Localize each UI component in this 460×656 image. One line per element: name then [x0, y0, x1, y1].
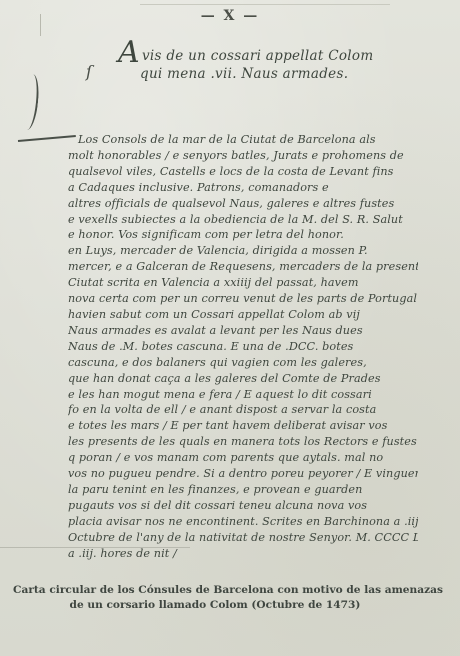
manuscript-title: Avis de un cossari appellat Colom qui me…: [118, 44, 408, 83]
body-line: placia avisar nos ne encontinent. Scrite…: [68, 514, 418, 530]
body-line: Ciutat scrita en Valencia a xxiiij del p…: [68, 275, 418, 291]
manuscript-page: — X — ſ Avis de un cossari appellat Colo…: [0, 0, 460, 656]
body-line: Naus armades es avalat a levant per les …: [68, 323, 418, 339]
manuscript-body: Los Consols de la mar de la Ciutat de Ba…: [68, 132, 418, 561]
body-line: altres officials de qualsevol Naus, gale…: [68, 196, 418, 212]
body-line: e honor. Vos significam com per letra de…: [68, 227, 418, 243]
body-line: qualsevol viles, Castells e locs de la c…: [68, 164, 418, 180]
body-line: en Luys, mercader de Valencia, dirigida …: [68, 243, 418, 259]
body-line: fo en la volta de ell / e anant dispost …: [68, 402, 418, 418]
body-line: vos no pugueu pendre. Si a dentro poreu …: [68, 466, 418, 482]
margin-flourish-mark: ſ: [86, 62, 92, 81]
body-line: e vexells subiectes a la obediencia de l…: [68, 212, 418, 228]
body-line: a Cadaques inclusive. Patrons, comanador…: [68, 180, 418, 196]
page-number: — X —: [0, 8, 460, 24]
title-initial: A: [118, 35, 140, 70]
body-line: nova certa com per un correu venut de le…: [68, 291, 418, 307]
figure-caption: Carta circular de los Cónsules de Barcel…: [0, 583, 460, 612]
body-line: e les han mogut mena e fera / E aquest l…: [68, 387, 418, 403]
title-line-2: qui mena .vii. Naus armades.: [118, 65, 408, 83]
body-line: mercer, e a Galceran de Requesens, merca…: [68, 259, 418, 275]
title-line-1-text: vis de un cossari appellat Colom: [142, 48, 373, 64]
body-line: havien sabut com un Cossari appellat Col…: [68, 307, 418, 323]
body-line: Naus de .M. botes cascuna. E una de .DCC…: [68, 339, 418, 355]
body-line: Octubre de l'any de la nativitat de nost…: [68, 530, 418, 546]
body-line: q poran / e vos manam com parents que ay…: [68, 450, 418, 466]
body-line: que han donat caça a les galeres del Com…: [68, 371, 418, 387]
top-rule: [140, 4, 390, 5]
faint-rule: [0, 547, 190, 548]
caption-line-1: Carta circular de los Cónsules de Barcel…: [0, 583, 460, 598]
body-line: pugauts vos si del dit cossari teneu alc…: [68, 498, 418, 514]
title-line-1: Avis de un cossari appellat Colom: [118, 44, 408, 65]
body-line: Los Consols de la mar de la Ciutat de Ba…: [68, 132, 418, 148]
body-line: molt honorables / e senyors batles, Jura…: [68, 148, 418, 164]
body-line: e totes les mars / E per tant havem deli…: [68, 418, 418, 434]
body-line: la paru tenint en les finanzes, e provea…: [68, 482, 418, 498]
body-line: les presents de les quals en manera tots…: [68, 434, 418, 450]
margin-bracket-icon: [19, 73, 41, 130]
body-line: cascuna, e dos balaners qui vagien com l…: [68, 355, 418, 371]
caption-line-2: de un corsario llamado Colom (Octubre de…: [0, 598, 460, 613]
